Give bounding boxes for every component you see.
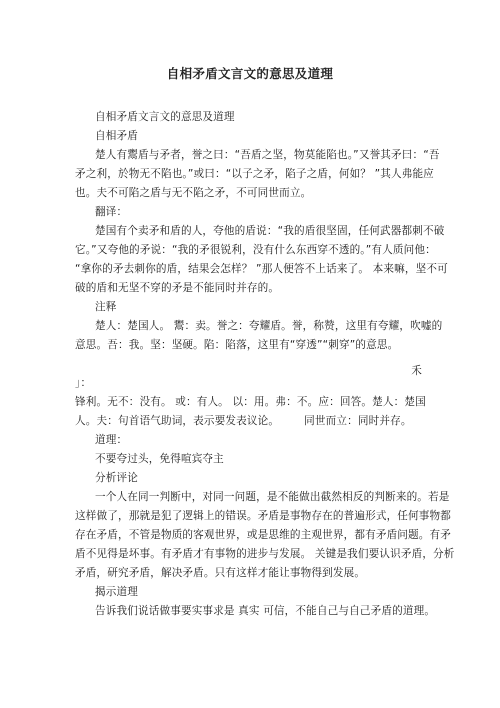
paragraph-line: 盾不见得是坏事。有矛盾才有事物的进步与发展。 关键是我们要认识矛盾，分析 [75, 547, 430, 561]
paragraph-line: 不要夸过头，免得喧宾夺主 [95, 452, 450, 466]
paragraph-line: 存在矛盾，不管是物质的客观世界，或是思维的主观世界，都有矛盾问题。有矛 [75, 528, 430, 542]
paragraph-line: 楚人：楚国人。 鬻：卖。誉之：夸耀盾。誉，称赞，这里有夸耀，吹嘘的 [95, 319, 450, 333]
paragraph-line: 自相矛盾 [95, 129, 450, 143]
paragraph-line: 矛之利，於物无不陷也。”或曰：“以子之矛，陷子之盾，何如？ ”其人弗能应 [75, 167, 430, 181]
stray-character: 禾 [411, 364, 422, 378]
paragraph-line: 人。夫：句首语气助词，表示要发表议论。 同世而立：同时并存。 [75, 414, 430, 428]
paragraph-line: 楚国有个卖矛和盾的人，夸他的盾说：“我的盾很坚固，任何武器都刺不破 [95, 224, 450, 238]
paragraph-line: 意思。吾：我。坚：坚硬。陷：陷落，这里有“穿透”“刺穿”的意思。 [75, 338, 430, 352]
paragraph-line: 分析评论 [95, 471, 450, 485]
paragraph-line: 注释 [95, 300, 450, 314]
paragraph-line: 翻译： [95, 205, 450, 219]
document-title: 自相矛盾文言文的意思及道理 [0, 64, 500, 82]
paragraph-line: 也。夫不可陷之盾与无不陷之矛，不可同世而立。 [75, 186, 430, 200]
paragraph-line: 揭示道理 [95, 585, 450, 599]
paragraph-line: 破的盾和无坚不穿的矛是不能同时并存的。 [75, 281, 430, 295]
paragraph-line: 锋利。无不：没有。 或：有人。 以：用。弗：不。应：回答。楚人：楚国 [75, 395, 430, 409]
paragraph-line: 矛盾，研究矛盾，解决矛盾。只有这样才能让事物得到发展。 [75, 566, 430, 580]
paragraph-line: 自相矛盾文言文的意思及道理 [95, 110, 450, 124]
paragraph-line: “拿你的矛去刺你的盾，结果会怎样？ ”那人便答不上话来了。 本来嘛，坚不可 [75, 262, 430, 276]
paragraph-line: 告诉我们说话做事要实事求是 真实 可信，不能自己与自己矛盾的道理。 [95, 604, 450, 618]
paragraph-line: 这样做了，那就是犯了逻辑上的错误。矛盾是事物存在的普遍形式，任何事物都 [75, 509, 430, 523]
paragraph-line: 一个人在同一判断中，对同一问题，是不能做出截然相反的判断来的。若是 [95, 490, 450, 504]
paragraph-line: 」： [75, 376, 430, 390]
paragraph-line: 道理： [95, 433, 450, 447]
paragraph-line: 楚人有鬻盾与矛者，誉之曰：“吾盾之坚，物莫能陷也。”又誉其矛曰：“吾 [95, 148, 450, 162]
paragraph-line: 它。”又夸他的矛说：“我的矛很锐利，没有什么东西穿不透的。”有人质问他： [75, 243, 430, 257]
